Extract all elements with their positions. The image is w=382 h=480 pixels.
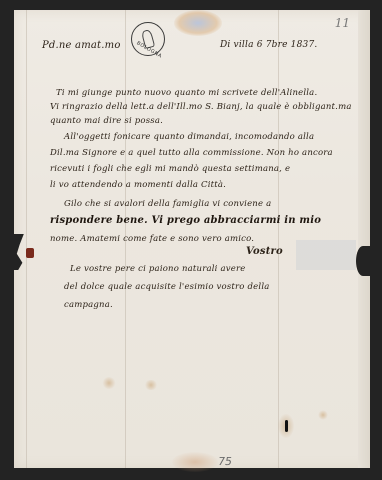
torn-edge-right — [356, 246, 370, 276]
repair-patch — [296, 240, 356, 270]
postscript-line-1: Le vostre pere ci paiono naturali avere — [70, 264, 245, 274]
fold-line-center-right — [278, 10, 279, 468]
red-wax-fragment — [26, 248, 34, 258]
fold-line-left — [26, 10, 27, 468]
postscript-line-3: campagna. — [64, 300, 113, 310]
body-line-10: nome. Amatemi come fate e sono vero amic… — [50, 234, 254, 244]
dateline: Di villa 6 7bre 1837. — [220, 40, 317, 50]
body-line-9: rispondere bene. Vi prego abbracciarmi i… — [50, 215, 321, 226]
body-line-8: Gilo che si avalori della famiglia vi co… — [64, 199, 271, 209]
wax-seal-stain-bottom — [172, 452, 218, 472]
signature: Vostro — [246, 246, 283, 257]
ink-blot — [285, 420, 288, 432]
wax-seal-stain — [174, 10, 222, 36]
letter-page: BOLOGNA 11 Pd.ne amat.mo Di villa 6 7bre… — [14, 10, 370, 468]
body-line-6: ricevuti i fogli che egli mi mandò quest… — [50, 164, 290, 174]
body-line-3: quanto mai dire si possa. — [50, 116, 163, 126]
body-line-2: Vi ringrazio della lett.a dell'Ill.mo S.… — [50, 102, 352, 112]
foxing-stain — [102, 377, 116, 389]
foxing-stain — [144, 380, 158, 390]
body-line-5: Dil.ma Signore e a quel tutto alla commi… — [50, 148, 333, 158]
page-edge-fold — [358, 10, 370, 468]
postmark-stamp: BOLOGNA — [131, 22, 165, 56]
body-line-7: li vo attendendo a momenti dalla Città. — [50, 180, 226, 190]
body-line-1: Ti mi giunge punto nuovo quanto mi scriv… — [56, 88, 317, 98]
body-line-4: All'oggetti fonicare quanto dimandai, in… — [64, 132, 314, 142]
salutation: Pd.ne amat.mo — [42, 40, 121, 51]
postscript-line-2: del dolce quale acquisite l'esimio vostr… — [64, 282, 270, 292]
folio-number: 11 — [335, 16, 350, 30]
archive-number: 75 — [217, 455, 233, 468]
foxing-stain — [318, 410, 328, 420]
